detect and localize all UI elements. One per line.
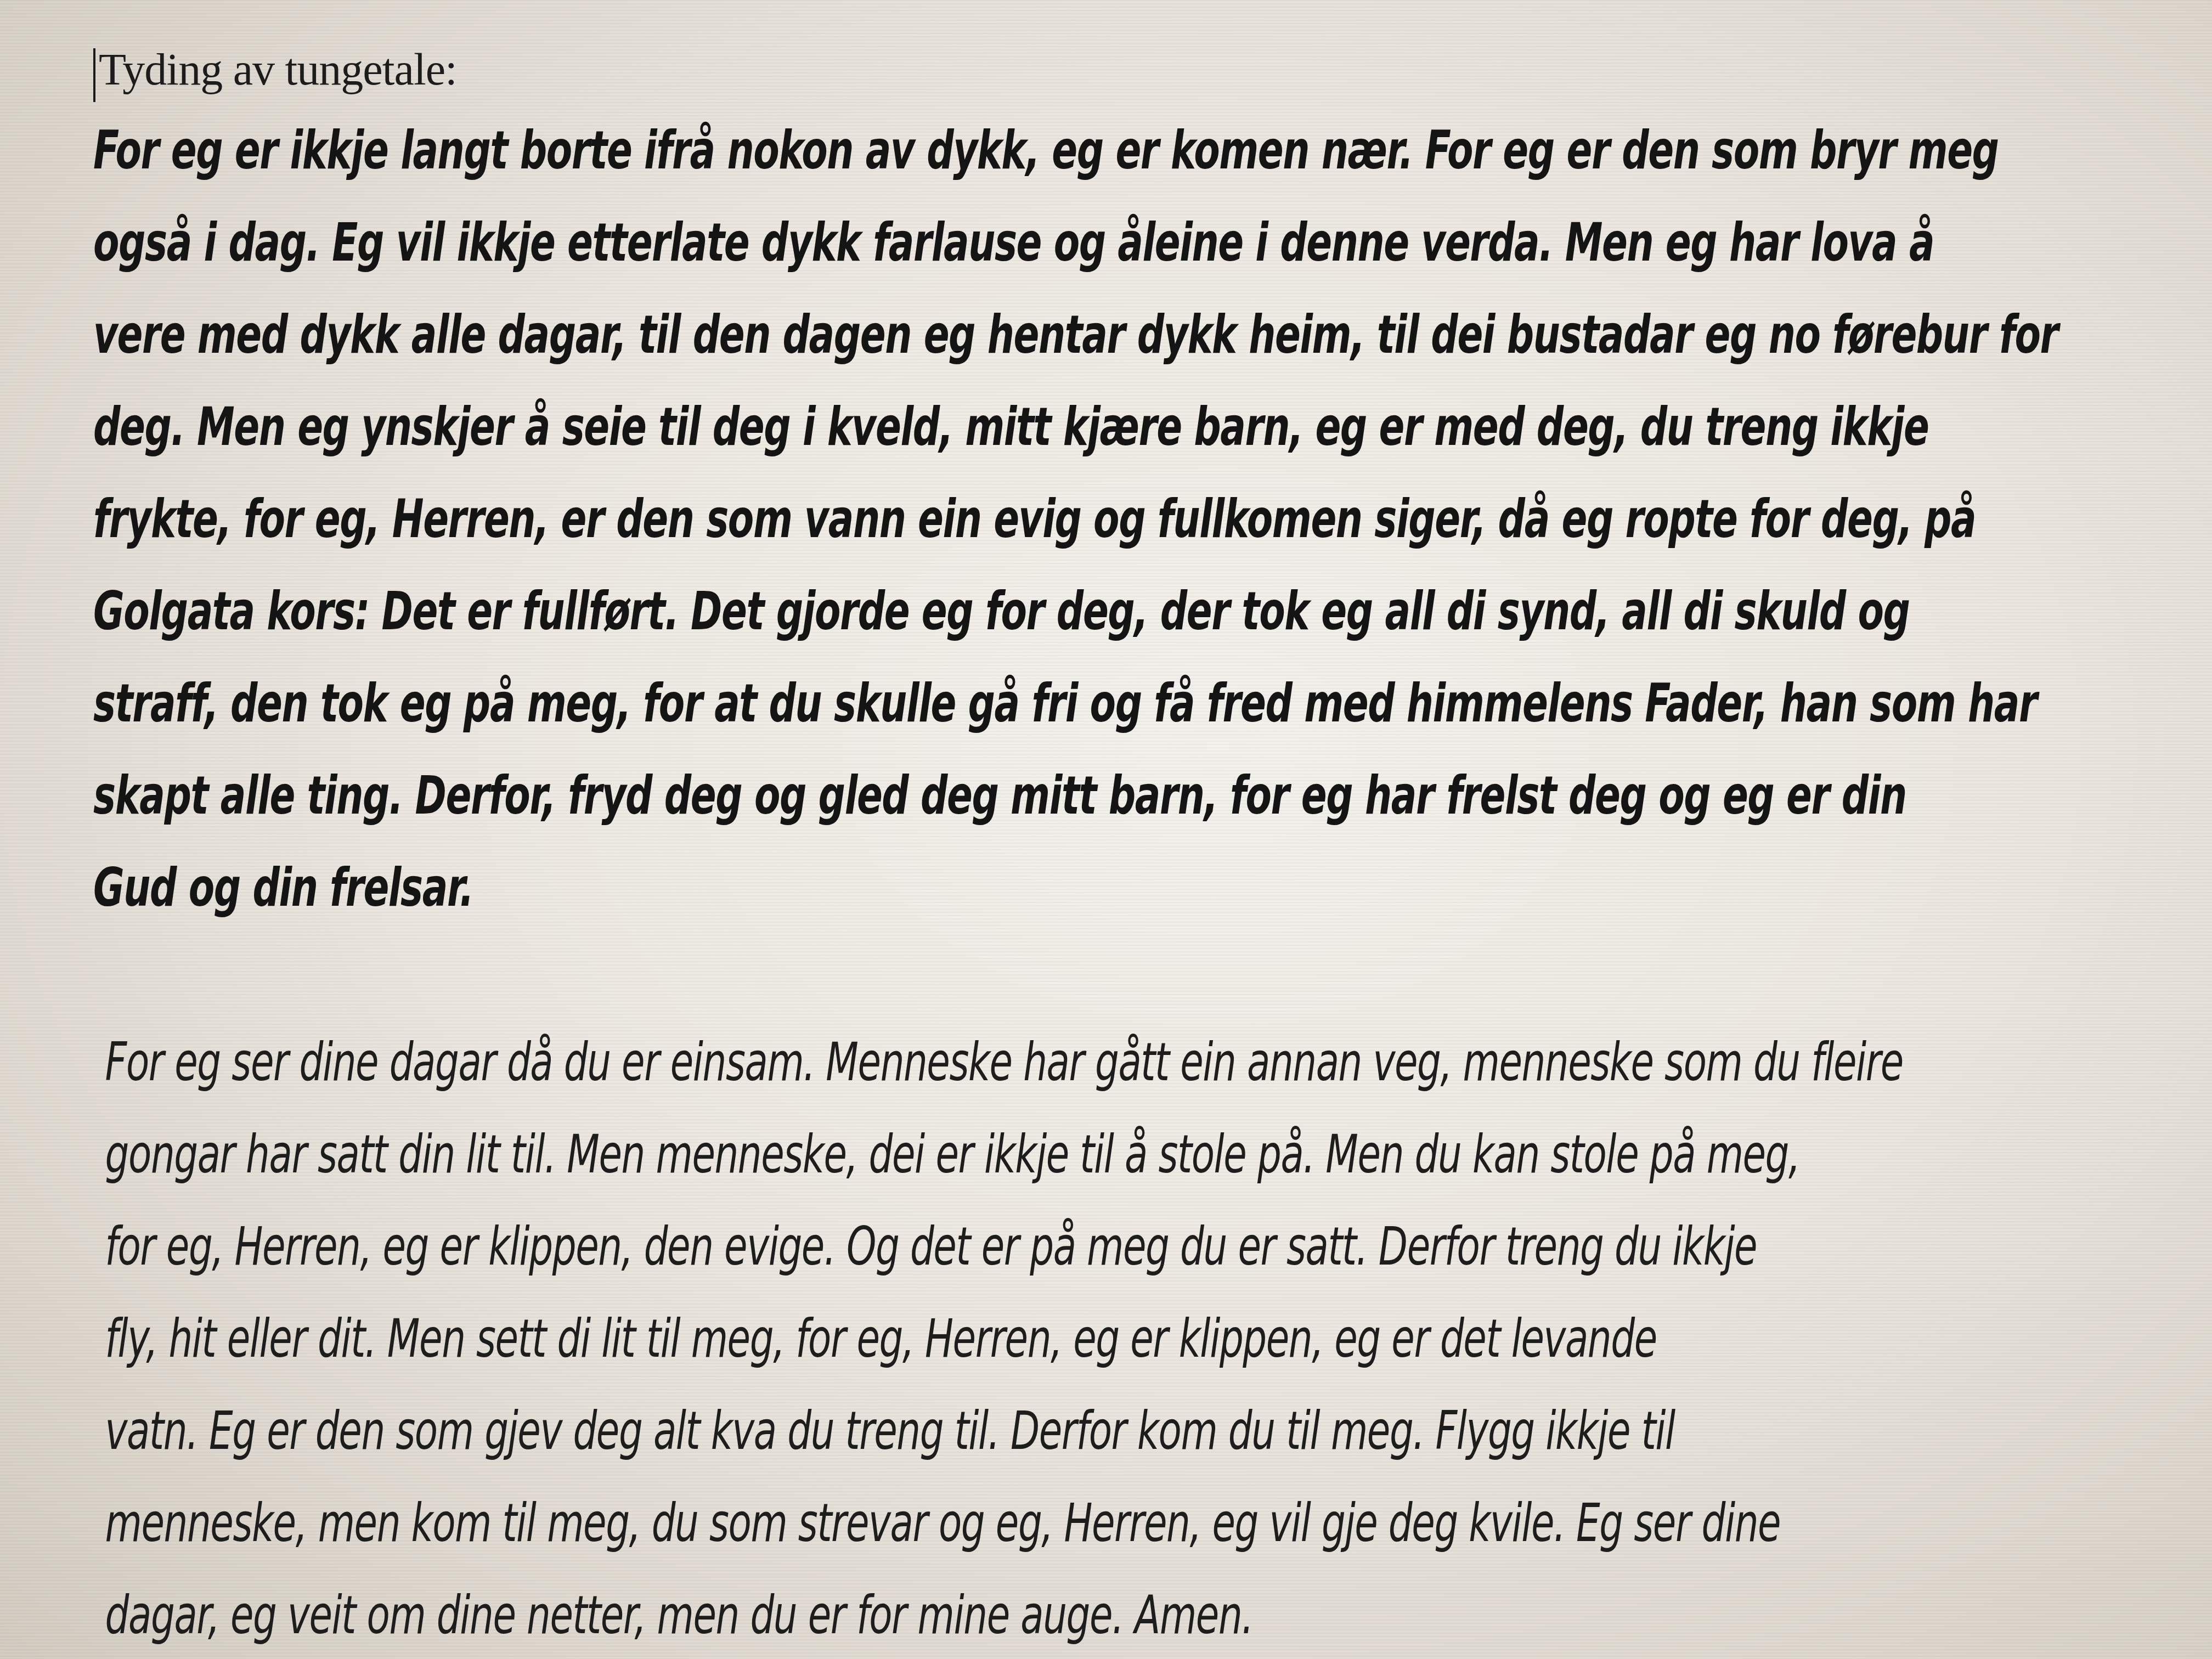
text-line: Gud og din frelsar. [93, 842, 2128, 934]
document-heading: Tyding av tungetale: [99, 44, 457, 95]
text-line: frykte, for eg, Herren, er den som vann … [93, 473, 2128, 565]
text-line: også i dag. Eg vil ikkje etterlate dykk … [93, 196, 2128, 289]
text-line: For eg er ikkje langt borte ifrå nokon a… [93, 104, 2128, 196]
document-page[interactable]: Tyding av tungetale: For eg er ikkje lan… [93, 44, 2123, 1659]
text-line: skapt alle ting. Derfor, fryd deg og gle… [93, 749, 2128, 842]
text-cursor [93, 48, 95, 102]
text-line: menneske, men kom til meg, du som streva… [105, 1477, 2140, 1569]
text-line: Golgata kors: Det er fullført. Det gjord… [93, 565, 2128, 657]
text-line: dagar, eg veit om dine netter, men du er… [105, 1569, 2140, 1659]
text-line: vere med dykk alle dagar, til den dagen … [93, 289, 2128, 381]
text-line: gongar har satt din lit til. Men mennesk… [105, 1108, 2140, 1200]
text-line: fly, hit eller dit. Men sett di lit til … [105, 1293, 2140, 1385]
text-line: deg. Men eg ynskjer å seie til deg i kve… [93, 381, 2128, 473]
paragraph-1[interactable]: For eg er ikkje langt borte ifrå nokon a… [93, 104, 2128, 934]
heading-row: Tyding av tungetale: [93, 44, 2123, 104]
paragraph-2[interactable]: For eg ser dine dagar då du er einsam. M… [93, 1016, 2140, 1659]
text-line: For eg ser dine dagar då du er einsam. M… [105, 1016, 2140, 1108]
text-line: vatn. Eg er den som gjev deg alt kva du … [105, 1385, 2140, 1477]
text-line: for eg, Herren, eg er klippen, den evige… [105, 1200, 2140, 1293]
text-line: straff, den tok eg på meg, for at du sku… [93, 657, 2128, 749]
